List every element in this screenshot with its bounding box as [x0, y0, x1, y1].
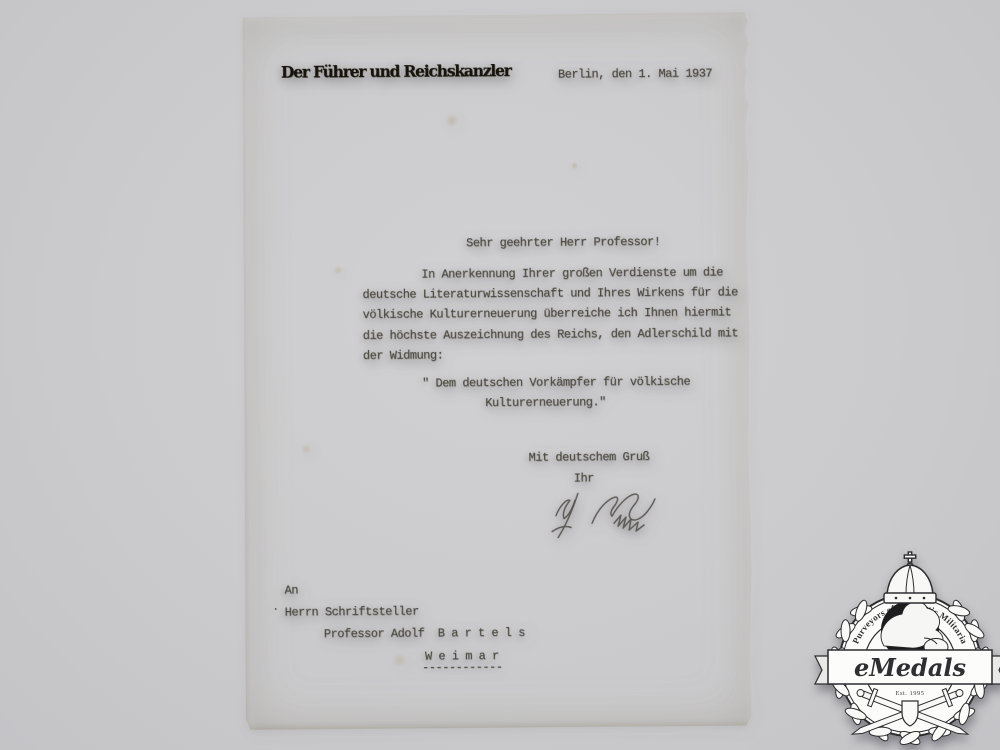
body-line: die höchste Auszeichnung des Reichs, den… — [363, 326, 738, 343]
letterhead-title: Der Führer und Reichskanzler — [281, 61, 511, 82]
recipient-underline: ------------ — [422, 660, 503, 675]
recipient-line: Professor Adolf B a r t e l s — [324, 626, 525, 641]
foxing-spot — [445, 114, 459, 126]
foxing-spot — [392, 653, 408, 667]
body-line: völkische Kulturerneuerung überreiche ic… — [363, 305, 732, 322]
paper-sheet: Der Führer und Reichskanzler Berlin, den… — [240, 12, 755, 730]
bullet-dot: · — [273, 604, 279, 618]
established-text: Est. 1995 — [895, 690, 924, 697]
salutation: Sehr geehrter Herr Professor! — [466, 235, 660, 250]
date-line: Berlin, den 1. Mai 1937 — [558, 66, 712, 81]
foxing-spot — [333, 265, 343, 275]
handwritten-signature — [538, 481, 688, 554]
letter-document: Der Führer und Reichskanzler Berlin, den… — [240, 12, 755, 730]
dedication-line: Kulturerneuerung." — [485, 395, 606, 410]
emedals-watermark-logo: Purveyors of Authentic Militaria — [806, 550, 1000, 750]
recipient-line: An — [284, 583, 298, 597]
dedication-line: " Dem deutschen Vorkämpfer für völkische — [422, 375, 690, 391]
body-line: der Widmung: — [363, 348, 444, 363]
recipient-line: Herrn Schriftsteller — [285, 605, 419, 620]
crown-icon — [884, 552, 936, 603]
closing-line: Mit deutschem Gruß — [529, 450, 650, 465]
body-line: In Anerkennung Ihrer großen Verdienste u… — [421, 265, 723, 281]
foxing-spot — [571, 161, 579, 169]
emedals-brand-text: eMedals — [854, 653, 967, 682]
banner-ribbon: eMedals — [815, 650, 1000, 684]
foxing-spot — [301, 443, 313, 454]
emedals-emblem: Purveyors of Authentic Militaria — [806, 550, 1000, 750]
body-line: deutsche Literaturwissenschaft und Ihres… — [362, 285, 737, 302]
